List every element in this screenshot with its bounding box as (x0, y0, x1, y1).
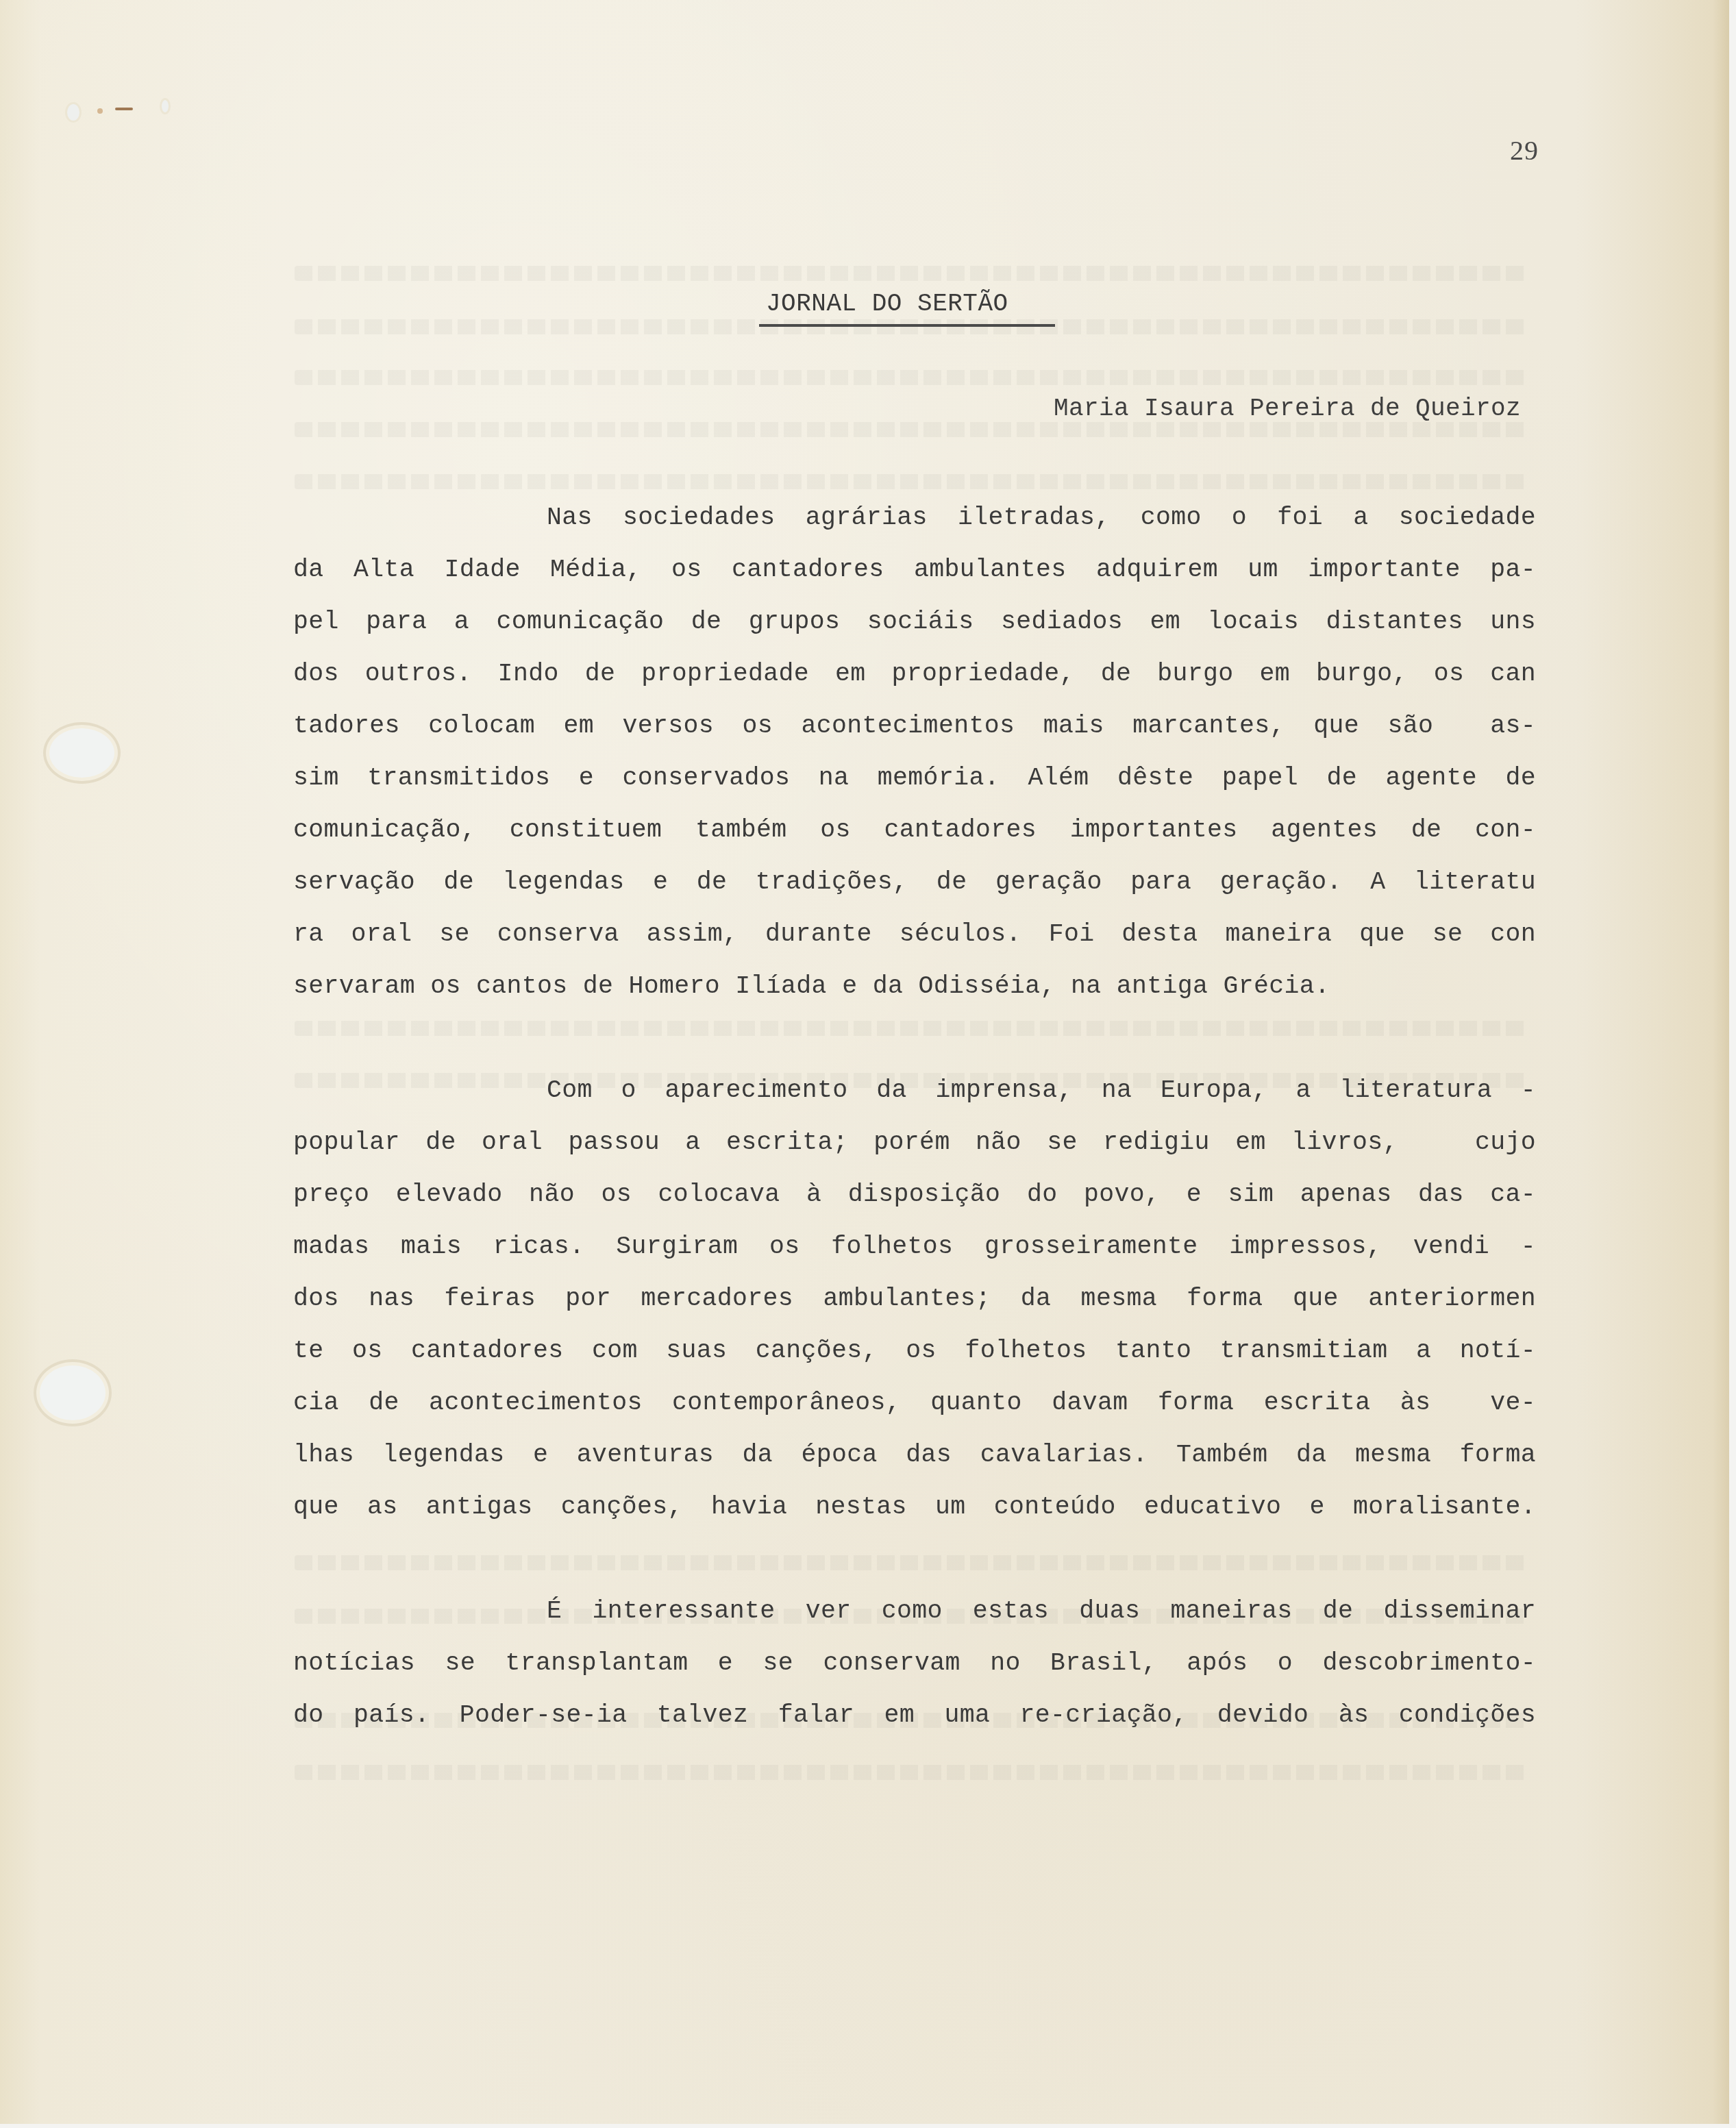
text-line: dos nas feiras por mercadores ambulantes… (293, 1280, 1536, 1332)
page-number: 29 (1510, 134, 1539, 166)
show-through-text (295, 319, 1528, 334)
text-line: servaram os cantos de Homero Ilíada e da… (293, 967, 1536, 1019)
text-line: Com o aparecimento da imprensa, na Europ… (293, 1072, 1536, 1124)
paragraph-1: Nas sociedades agrárias iletradas, como … (293, 499, 1536, 1019)
paragraph-2: Com o aparecimento da imprensa, na Europ… (293, 1072, 1536, 1540)
show-through-text (295, 474, 1528, 489)
body-text: Nas sociedades agrárias iletradas, como … (293, 499, 1536, 1801)
text-line: te os cantadores com suas canções, os fo… (293, 1332, 1536, 1384)
show-through-text (295, 370, 1528, 385)
rust-stain (97, 108, 103, 114)
text-line: que as antigas canções, havia nestas um … (293, 1488, 1536, 1540)
typewritten-page: 29 JORNAL DO SERTÃO Maria Isaura Pereira… (0, 0, 1729, 2124)
scan-edge-right (1729, 0, 1736, 2128)
text-line: pel para a comunicação de grupos sociáis… (293, 603, 1536, 655)
text-line: servação de legendas e de tradições, de … (293, 863, 1536, 915)
title-underline (759, 324, 1055, 327)
binder-punch-hole-bottom (40, 1365, 106, 1420)
staple-hole-mark (67, 104, 79, 121)
text-line: preço elevado não os colocava à disposiç… (293, 1176, 1536, 1228)
text-line: ra oral se conserva assim, durante sécul… (293, 915, 1536, 967)
text-line: sim transmitidos e conservados na memóri… (293, 759, 1536, 811)
text-line: popular de oral passou a escrita; porém … (293, 1124, 1536, 1176)
author-name: Maria Isaura Pereira de Queiroz (1054, 395, 1521, 423)
text-line: É interessante ver como estas duas manei… (293, 1592, 1536, 1644)
text-line: dos outros. Indo de propriedade em propr… (293, 655, 1536, 707)
text-line: Nas sociedades agrárias iletradas, como … (293, 499, 1536, 551)
paragraph-3: É interessante ver como estas duas manei… (293, 1592, 1536, 1748)
text-line: da Alta Idade Média, os cantadores ambul… (293, 551, 1536, 603)
text-line: cia de acontecimentos contemporâneos, qu… (293, 1384, 1536, 1436)
text-line: do país. Poder-se-ia talvez falar em uma… (293, 1696, 1536, 1748)
text-line: comunicação, constituem também os cantad… (293, 811, 1536, 863)
text-line: lhas legendas e aventuras da época das c… (293, 1436, 1536, 1488)
document-title: JORNAL DO SERTÃO (766, 290, 1008, 318)
text-line: tadores colocam em versos os acontecimen… (293, 707, 1536, 759)
document-title-block: JORNAL DO SERTÃO (766, 290, 1008, 318)
scan-edge-bottom (0, 2124, 1736, 2128)
show-through-text (295, 422, 1528, 437)
show-through-text (295, 266, 1528, 281)
staple-rust-mark (115, 108, 133, 110)
text-line: notícias se transplantam e se conservam … (293, 1644, 1536, 1696)
binder-punch-hole-top (49, 728, 114, 778)
text-line: madas mais ricas. Surgiram os folhetos g… (293, 1228, 1536, 1280)
staple-hole-mark (162, 100, 169, 112)
